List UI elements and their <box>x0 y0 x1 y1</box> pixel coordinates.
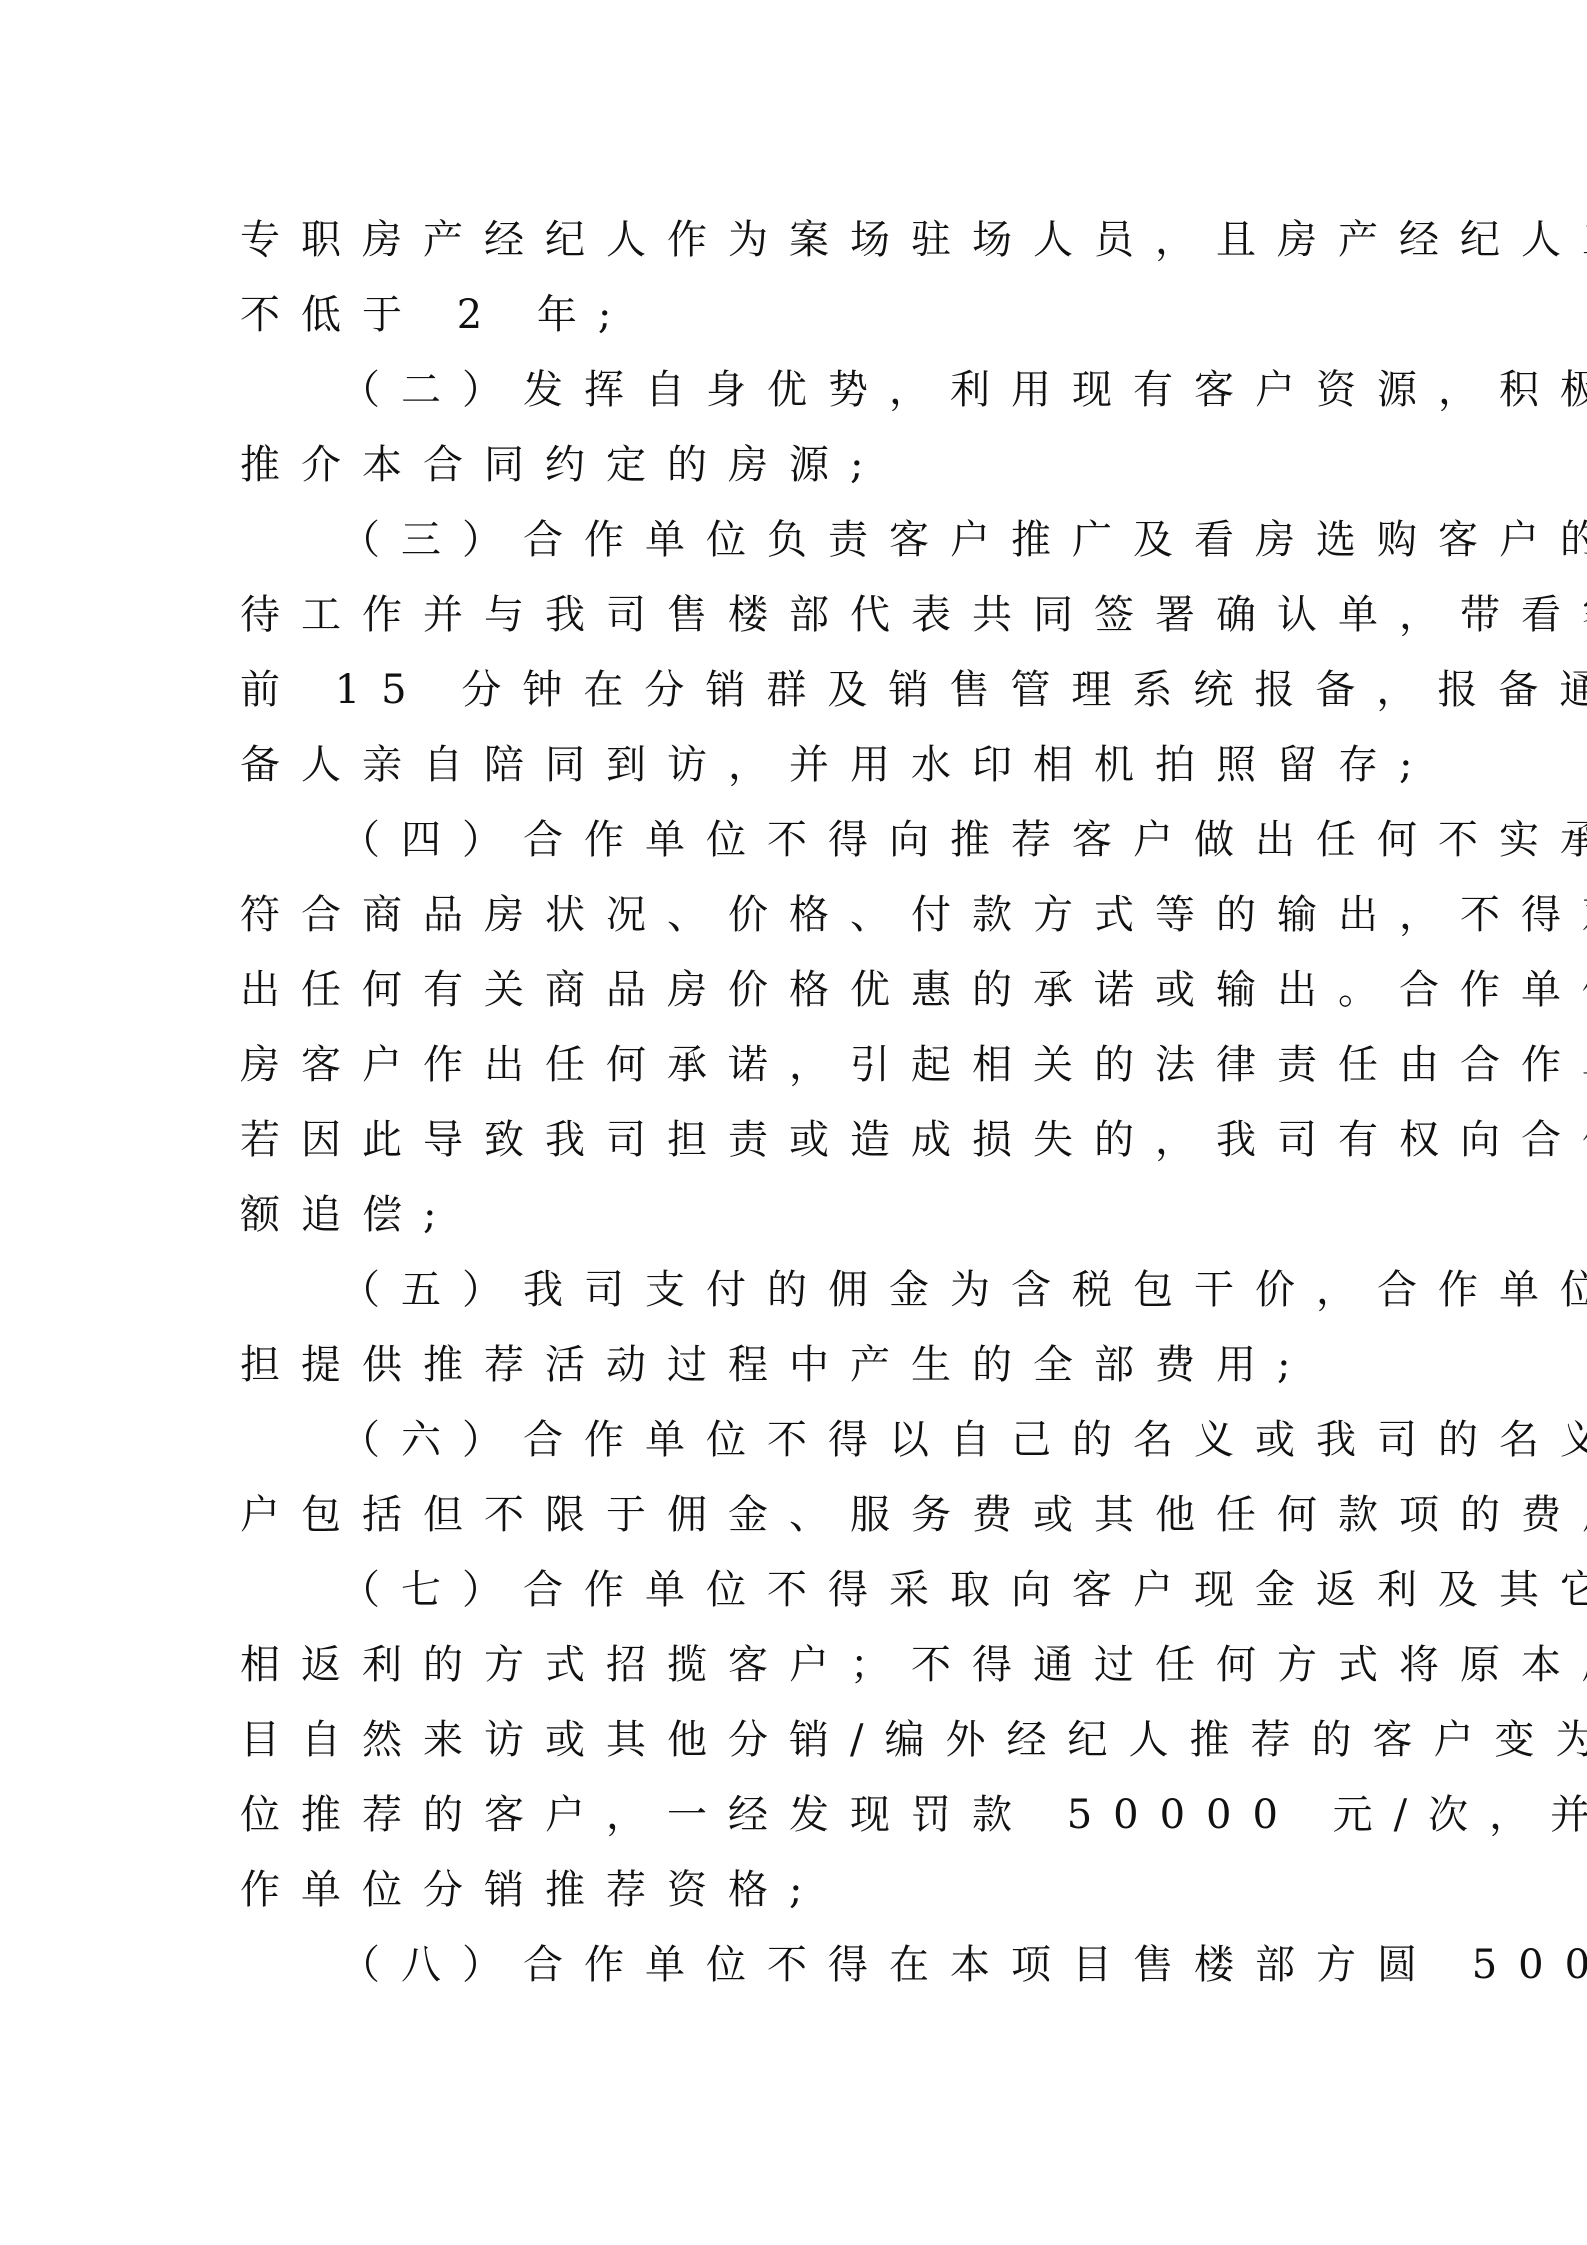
clause-start-line: （七）合作单位不得采取向客户现金返利及其它任何变 <box>340 1560 1587 1620</box>
clause-start-line: （五）我司支付的佣金为含税包干价，合作单位自行承 <box>340 1260 1587 1320</box>
clause-start-line: （八）合作单位不得在本项目售楼部方圆 500 米范围内 <box>340 1935 1587 1995</box>
text-line: 户包括但不限于佣金、服务费或其他任何款项的费用; <box>240 1485 1587 1545</box>
text-line: 出任何有关商品房价格优惠的承诺或输出。合作单位若向购 <box>240 960 1587 1020</box>
clause-start-line: （六）合作单位不得以自己的名义或我司的名义收取客 <box>340 1410 1587 1470</box>
document-page: 专职房产经纪人作为案场驻场人员，且房产经纪人工作经历不低于 2 年;（二）发挥自… <box>0 0 1587 2245</box>
text-line: 房客户作出任何承诺，引起相关的法律责任由合作单位承担。 <box>240 1035 1587 1095</box>
text-line: 前 15 分钟在分销群及销售管理系统报备，报备通过后需报 <box>240 660 1587 720</box>
text-line: 相返利的方式招揽客户；不得通过任何方式将原本属于该项 <box>240 1635 1587 1695</box>
text-line: 担提供推荐活动过程中产生的全部费用; <box>240 1335 1311 1395</box>
text-line: 位推荐的客户，一经发现罚款 50000 元/次，并同时取消合 <box>240 1785 1587 1845</box>
text-line: 备人亲自陪同到访，并用水印相机拍照留存; <box>240 735 1433 795</box>
text-line: 推介本合同约定的房源; <box>240 435 884 495</box>
text-line: 作单位分销推荐资格; <box>240 1860 823 1920</box>
text-line: 专职房产经纪人作为案场驻场人员，且房产经纪人工作经历 <box>240 210 1587 270</box>
text-line: 目自然来访或其他分销/编外经纪人推荐的客户变为合作单 <box>240 1710 1587 1770</box>
text-line: 待工作并与我司售楼部代表共同签署确认单，带看客户需提 <box>240 585 1587 645</box>
text-line: 符合商品房状况、价格、付款方式等的输出，不得对客户做 <box>240 885 1587 945</box>
text-line: 不低于 2 年; <box>240 285 632 345</box>
clause-start-line: （四）合作单位不得向推荐客户做出任何不实承诺或不 <box>340 810 1587 870</box>
text-line: 额追偿; <box>240 1185 457 1245</box>
text-line: 若因此导致我司担责或造成损失的，我司有权向合作单位全 <box>240 1110 1587 1170</box>
clause-start-line: （三）合作单位负责客户推广及看房选购客户的陪同接 <box>340 510 1587 570</box>
clause-start-line: （二）发挥自身优势，利用现有客户资源，积极向客户 <box>340 360 1587 420</box>
